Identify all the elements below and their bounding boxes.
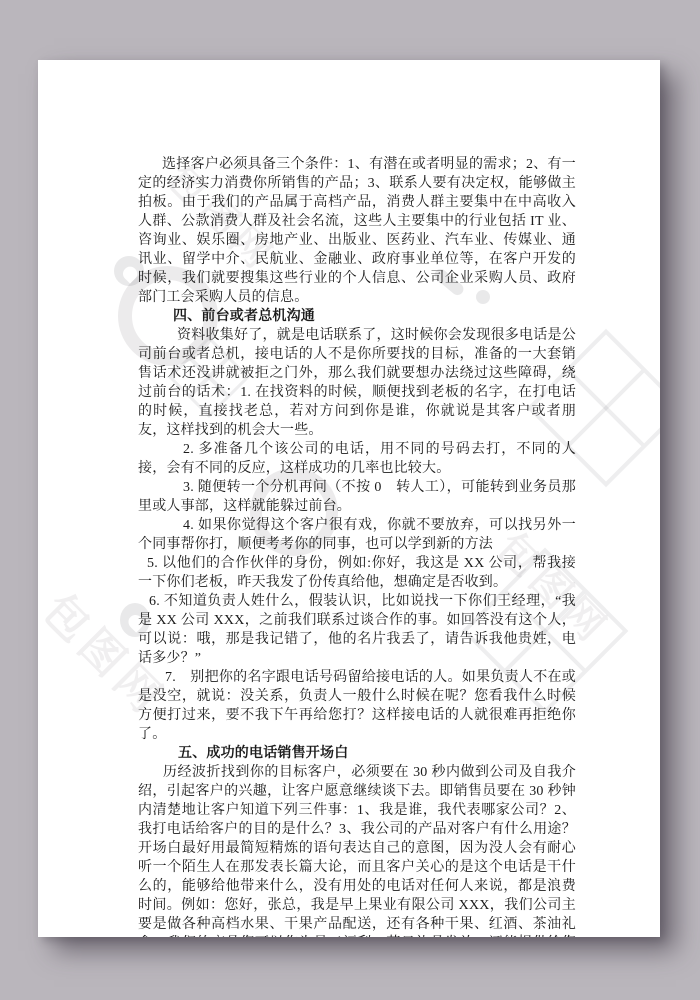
document-text: 选择客户必须具备三个条件：1、有潜在或者明显的需求；2、有一定的经济实力消费你所… [138,155,576,937]
document-page: 包图网 包图网 包图网 选择客户必须具备三个条件：1、有潜在或者明显的需求；2、… [38,60,660,937]
paragraph: 6. 不知道负责人姓什么，假装认识，比如说找一下你们王经理，“我是 XX 公司 … [138,592,576,668]
screenshot-root: { "page": { "background_color": "#bab6bc… [0,0,700,1000]
paragraph: 3. 随便转一个分机再问（不按 0 转人工），可能转到业务员那里或人事部，这样就… [138,478,576,516]
paragraph: 4. 如果你觉得这个客户很有戏，你就不要放弃，可以找另外一个同事帮你打，顺便考考… [138,516,576,554]
paragraph: 资料收集好了，就是电话联系了，这时候你会发现很多电话是公司前台或者总机，接电话的… [138,326,576,440]
paragraph: 历经波折找到你的目标客户，必须要在 30 秒内做到公司及自我介绍，引起客户的兴趣… [138,763,576,937]
section-heading: 四、前台或者总机沟通 [138,307,576,326]
paragraph: 7. 别把你的名字跟电话号码留给接电话的人。如果负责人不在或是没空，就说：没关系… [138,668,576,744]
paragraph: 2. 多准备几个该公司的电话，用不同的号码去打，不同的人接，会有不同的反应，这样… [138,440,576,478]
paragraph: 选择客户必须具备三个条件：1、有潜在或者明显的需求；2、有一定的经济实力消费你所… [138,155,576,307]
paragraph: 5. 以他们的合作伙伴的身份，例如:你好，我这是 XX 公司，帮我接一下你们老板… [138,554,576,592]
section-heading: 五、成功的电话销售开场白 [138,744,576,763]
